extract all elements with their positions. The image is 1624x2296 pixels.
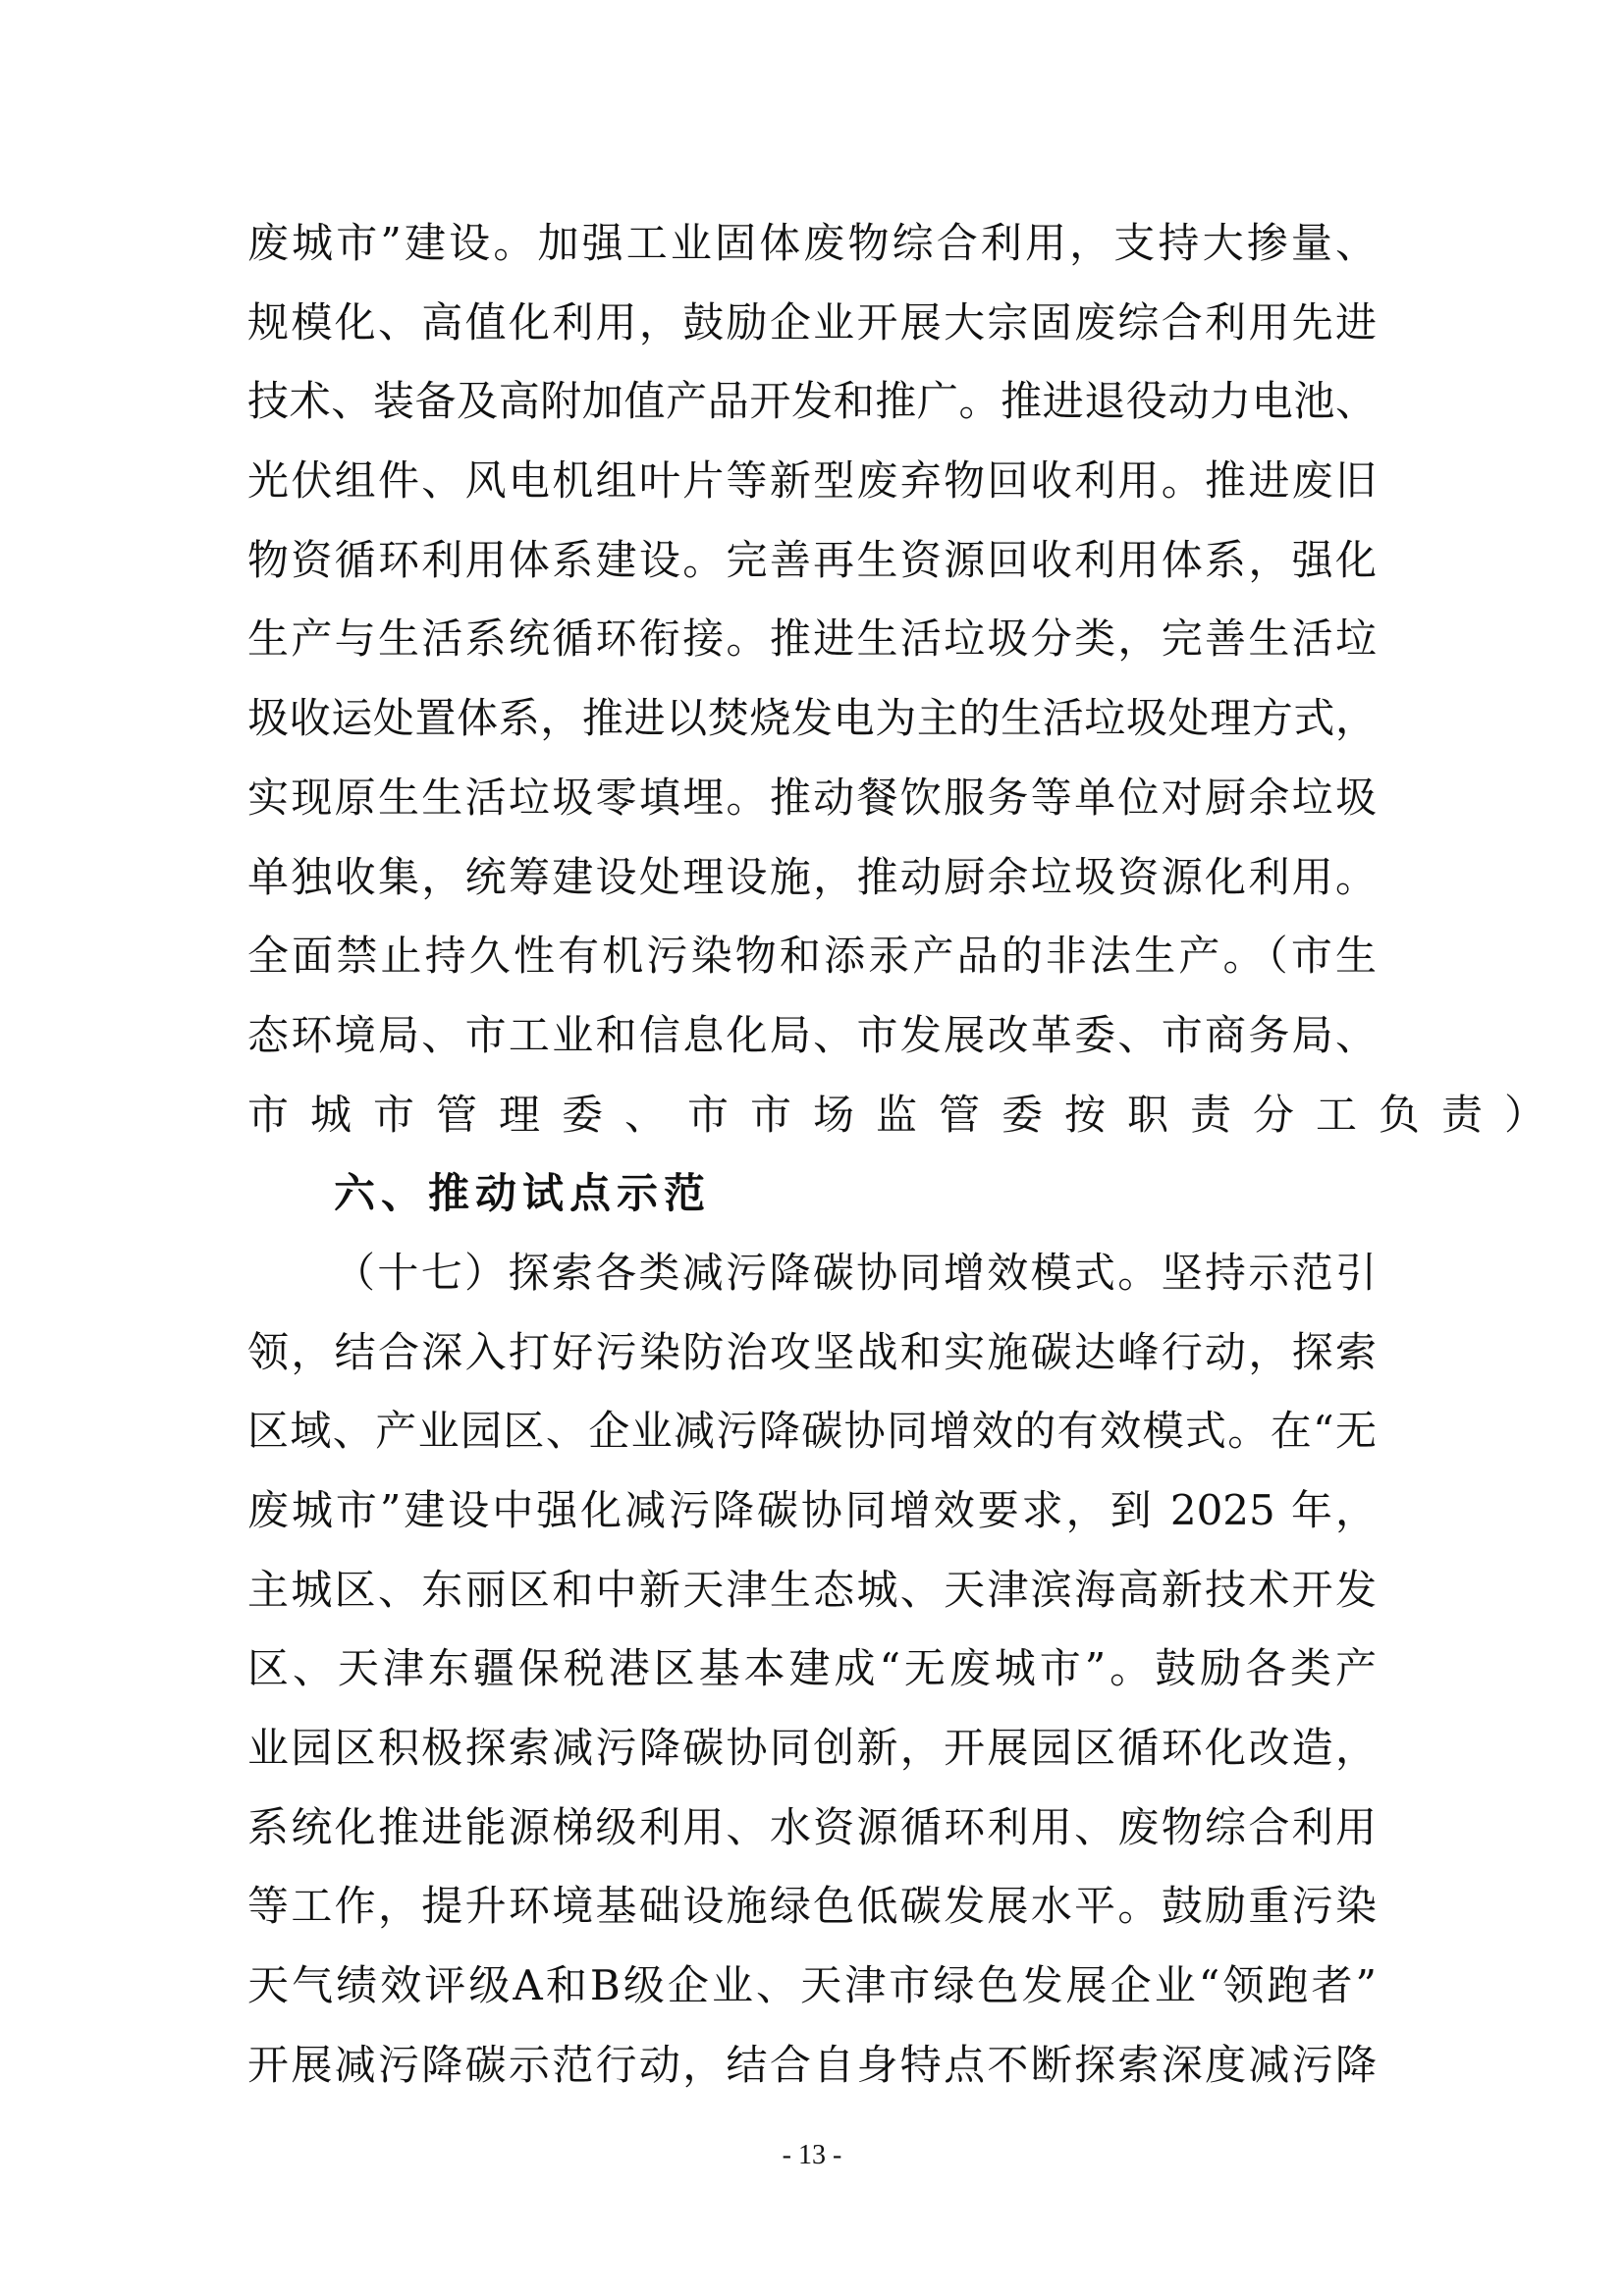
- text-line: 区域、产业园区、企业减污降碳协同增效的有效模式。在“无: [247, 1406, 1377, 1485]
- text-line: 圾收运处置体系，推进以焚烧发电为主的生活垃圾处理方式，: [247, 693, 1377, 773]
- body-text: 废城市”建设。加强工业固体废物综合利用，支持大掺量、 规模化、高值化利用，鼓励企…: [247, 218, 1377, 2119]
- text-line: 天气绩效评级A和B级企业、天津市绿色发展企业“领跑者”: [247, 1960, 1377, 2040]
- text-line: 开展减污降碳示范行动，结合自身特点不断探索深度减污降: [247, 2040, 1377, 2119]
- text-line: 实现原生生活垃圾零填埋。推动餐饮服务等单位对厨余垃圾: [247, 773, 1377, 852]
- text-line: 系统化推进能源梯级利用、水资源循环利用、废物综合利用: [247, 1802, 1377, 1882]
- text-line: 单独收集，统筹建设处理设施，推动厨余垃圾资源化利用。: [247, 852, 1377, 932]
- text-line: 全面禁止持久性有机污染物和添汞产品的非法生产。（市生: [247, 931, 1377, 1010]
- text-line: 主城区、东丽区和中新天津生态城、天津滨海高新技术开发: [247, 1565, 1377, 1644]
- text-line: 废城市”建设。加强工业固体废物综合利用，支持大掺量、: [247, 218, 1377, 297]
- paragraph-solid-waste: 废城市”建设。加强工业固体废物综合利用，支持大掺量、 规模化、高值化利用，鼓励企…: [247, 218, 1377, 1168]
- text-line: 技术、装备及高附加值产品开发和推广。推进退役动力电池、: [247, 376, 1377, 455]
- text-line: 领，结合深入打好污染防治攻坚战和实施碳达峰行动，探索: [247, 1327, 1377, 1407]
- text-line: 废城市”建设中强化减污降碳协同增效要求，到 2025 年，: [247, 1485, 1377, 1565]
- document-page: 废城市”建设。加强工业固体废物综合利用，支持大掺量、 规模化、高值化利用，鼓励企…: [0, 0, 1624, 2296]
- text-line: 规模化、高值化利用，鼓励企业开展大宗固废综合利用先进: [247, 297, 1377, 377]
- text-line: （十七）探索各类减污降碳协同增效模式。坚持示范引: [247, 1248, 1377, 1327]
- text-line: 生产与生活系统循环衔接。推进生活垃圾分类，完善生活垃: [247, 614, 1377, 693]
- text-line: 光伏组件、风电机组叶片等新型废弃物回收利用。推进废旧: [247, 455, 1377, 535]
- text-line: 区、天津东疆保税港区基本建成“无废城市”。鼓励各类产: [247, 1643, 1377, 1723]
- text-line: 态环境局、市工业和信息化局、市发展改革委、市商务局、: [247, 1010, 1377, 1090]
- text-line: 等工作，提升环境基础设施绿色低碳发展水平。鼓励重污染: [247, 1881, 1377, 1960]
- text-line: 物资循环利用体系建设。完善再生资源回收利用体系，强化: [247, 535, 1377, 614]
- section-heading: 六、推动试点示范: [247, 1168, 1377, 1248]
- text-line: 业园区积极探索减污降碳协同创新，开展园区循环化改造，: [247, 1723, 1377, 1802]
- paragraph-section-17: （十七）探索各类减污降碳协同增效模式。坚持示范引 领，结合深入打好污染防治攻坚战…: [247, 1248, 1377, 2119]
- text-line: 市城市管理委、市市场监管委按职责分工负责）: [247, 1090, 1377, 1169]
- page-number: - 13 -: [0, 2140, 1624, 2171]
